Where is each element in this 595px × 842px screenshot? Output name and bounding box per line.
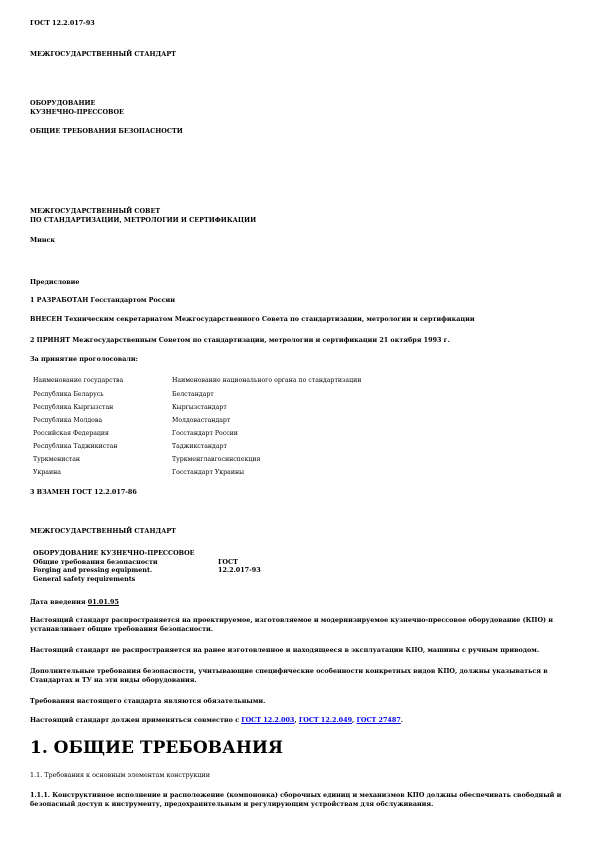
paragraph-3-line-2: Стандартах и ТУ на эти виды оборудования… [30, 676, 197, 684]
standard-type-2: МЕЖГОСУДАРСТВЕННЫЙ СТАНДАРТ [30, 527, 176, 535]
voted-label: За принятие проголосовали: [30, 355, 138, 363]
title-line-2: КУЗНЕЧНО-ПРЕССОВОЕ [30, 108, 124, 116]
section-paragraph-line-2: безопасный доступ к инструменту, предохр… [30, 800, 433, 808]
section-paragraph-line-1: 1.1.1. Конструктивное исполнение и распо… [30, 791, 561, 799]
standard-type: МЕЖГОСУДАРСТВЕННЫЙ СТАНДАРТ [30, 50, 176, 58]
table-row: УкраинаГосстандарт Украины [33, 469, 61, 477]
table-row: Республика БеларусьБелстандарт [33, 391, 104, 399]
link-gost-12-2-003[interactable]: ГОСТ 12.2.003 [241, 716, 294, 724]
title-line-1: ОБОРУДОВАНИЕ [30, 99, 95, 107]
foreword-item-2: 2 ПРИНЯТ Межгосударственным Советом по с… [30, 336, 450, 344]
section-heading: 1. ОБЩИЕ ТРЕБОВАНИЯ [30, 738, 283, 758]
standard-title-ru: ОБОРУДОВАНИЕ КУЗНЕЧНО-ПРЕССОВОЕ [33, 549, 195, 557]
link-gost-12-2-049[interactable]: ГОСТ 12.2.049 [299, 716, 352, 724]
paragraph-5: Настоящий стандарт должен применяться со… [30, 716, 403, 724]
foreword-title: Предисловие [30, 278, 79, 286]
table-row: Республика МолдоваМолдовастандарт [33, 417, 102, 425]
table-row: ТуркменистанТуркменглавгосинспекция [33, 456, 80, 464]
table-row: Республика ТаджикистанТаджикстандарт [33, 443, 118, 451]
gost-label: ГОСТ [218, 558, 238, 566]
paragraph-1-line-2: устанавливает общие требования безопасно… [30, 625, 213, 633]
subtitle: ОБЩИЕ ТРЕБОВАНИЯ БЕЗОПАСНОСТИ [30, 127, 183, 135]
standard-title-en: Forging and pressing equipment. [33, 566, 152, 574]
foreword-item-1b: ВНЕСЕН Техническим секретариатом Межгосу… [30, 315, 475, 323]
gost-number: 12.2.017-93 [218, 566, 261, 574]
link-gost-27487[interactable]: ГОСТ 27487 [356, 716, 400, 724]
paragraph-2: Настоящий стандарт не распространяется н… [30, 646, 539, 654]
doc-code: ГОСТ 12.2.017-93 [30, 19, 95, 27]
council-line-2: ПО СТАНДАРТИЗАЦИИ, МЕТРОЛОГИИ И СЕРТИФИК… [30, 216, 256, 224]
paragraph-3-line-1: Дополнительные требования безопасности, … [30, 667, 548, 675]
council-line-1: МЕЖГОСУДАРСТВЕННЫЙ СОВЕТ [30, 207, 160, 215]
table-header: Наименование государства Наименование на… [33, 377, 123, 385]
paragraph-4: Требования настоящего стандарта являются… [30, 697, 265, 705]
city: Минск [30, 236, 55, 244]
foreword-item-1: 1 РАЗРАБОТАН Госстандартом России [30, 296, 175, 304]
intro-date-value: 01.01.95 [88, 598, 119, 606]
intro-date: Дата введения 01.01.95 [30, 598, 119, 606]
standard-subtitle-en: General safety requirements [33, 575, 135, 583]
standard-subtitle-ru: Общие требования безопасности [33, 558, 158, 566]
table-row: Республика КыргызстанКыргызстандарт [33, 404, 113, 412]
paragraph-1-line-1: Настоящий стандарт распространяется на п… [30, 616, 553, 624]
subsection-heading: 1.1. Требования к основным элементам кон… [30, 771, 210, 779]
foreword-item-3: 3 ВЗАМЕН ГОСТ 12.2.017-86 [30, 488, 137, 496]
table-row: Российская ФедерацияГосстандарт России [33, 430, 109, 438]
